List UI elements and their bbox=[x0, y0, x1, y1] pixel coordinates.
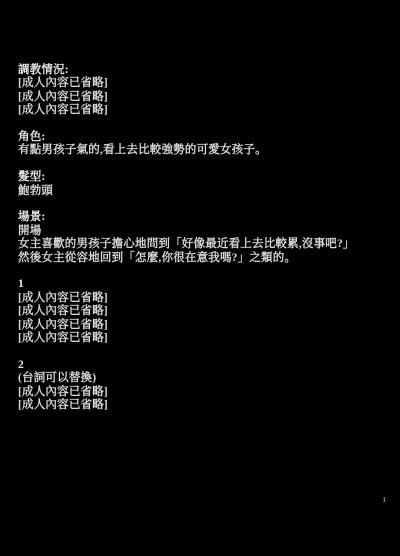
section-heading: 2 bbox=[18, 359, 386, 372]
section-item-2: 2 (台詞可以替換) [成人內容已省略] [成人內容已省略] bbox=[18, 359, 386, 413]
section-line: [成人內容已省略] bbox=[18, 399, 386, 412]
section-heading: 1 bbox=[18, 278, 386, 291]
section-heading: 角色: bbox=[18, 131, 386, 144]
section-line: [成人內容已省略] bbox=[18, 91, 386, 104]
section-training-status: 調教情況: [成人內容已省略] [成人內容已省略] [成人內容已省略] bbox=[18, 64, 386, 118]
section-line: [成人內容已省略] bbox=[18, 305, 386, 318]
section-scene: 場景: 開場 女主喜歡的男孩子擔心地問到「好像最近看上去比較累,沒事吧?」 然後… bbox=[18, 211, 386, 265]
section-hairstyle: 髮型: 鮑勃頭 bbox=[18, 171, 386, 198]
section-heading: 場景: bbox=[18, 211, 386, 224]
page-number: 1 bbox=[383, 497, 387, 504]
section-line: [成人內容已省略] bbox=[18, 292, 386, 305]
section-line: [成人內容已省略] bbox=[18, 77, 386, 90]
section-character: 角色: 有點男孩子氣的,看上去比較強勢的可愛女孩子。 bbox=[18, 131, 386, 158]
section-line: [成人內容已省略] bbox=[18, 104, 386, 117]
document-page: 調教情況: [成人內容已省略] [成人內容已省略] [成人內容已省略] 角色: … bbox=[0, 0, 400, 556]
section-heading: 髮型: bbox=[18, 171, 386, 184]
section-line: [成人內容已省略] bbox=[18, 332, 386, 345]
section-line: 女主喜歡的男孩子擔心地問到「好像最近看上去比較累,沒事吧?」 bbox=[18, 238, 386, 251]
section-line: 開場 bbox=[18, 225, 386, 238]
section-line: 然後女主從容地回到「怎麼,你很在意我嗎?」之類的。 bbox=[18, 252, 386, 265]
section-line: (台詞可以替換) bbox=[18, 372, 386, 385]
page-text-content: 調教情況: [成人內容已省略] [成人內容已省略] [成人內容已省略] 角色: … bbox=[18, 64, 386, 426]
section-line: 有點男孩子氣的,看上去比較強勢的可愛女孩子。 bbox=[18, 144, 386, 157]
section-heading: 調教情況: bbox=[18, 64, 386, 77]
section-line: [成人內容已省略] bbox=[18, 386, 386, 399]
section-line: 鮑勃頭 bbox=[18, 185, 386, 198]
section-line: [成人內容已省略] bbox=[18, 319, 386, 332]
section-item-1: 1 [成人內容已省略] [成人內容已省略] [成人內容已省略] [成人內容已省略… bbox=[18, 278, 386, 345]
